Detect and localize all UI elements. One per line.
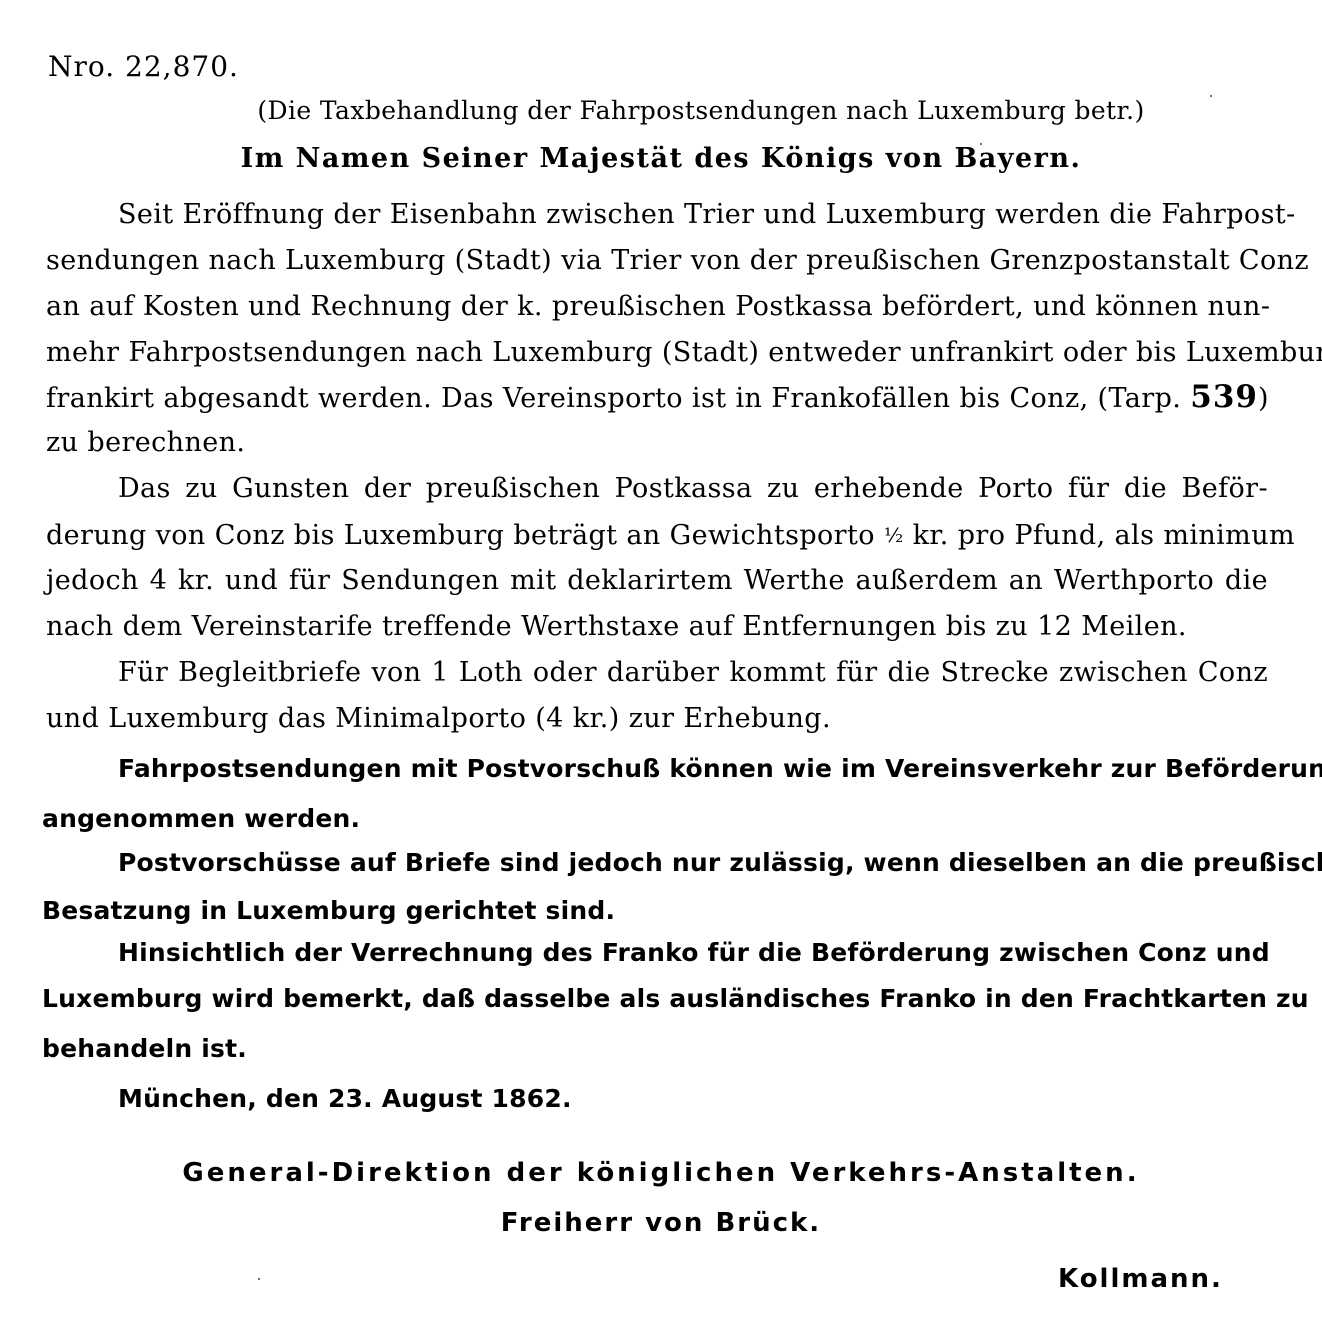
signature-clerk: Kollmann. (1058, 1262, 1223, 1296)
paragraph-2-line-1: Das zu Gunsten der preußischen Postkassa… (118, 472, 1268, 506)
paragraph-6-line-3: behandeln ist. (42, 1032, 247, 1066)
paragraph-2-line-2: derung von Conz bis Luxemburg beträgt an… (46, 518, 1268, 553)
document-subject: (Die Taxbehandlung der Fahrpostsendungen… (0, 94, 1322, 128)
signature-authority: General-Direktion der königlichen Verkeh… (0, 1156, 1322, 1190)
paragraph-5-line-1: Postvorschüsse auf Briefe sind jedoch nu… (118, 846, 1268, 880)
paragraph-2-line-2-rest: kr. pro Pfund, als minimum (913, 520, 1295, 551)
signature-director: Freiherr von Brück. (0, 1206, 1322, 1240)
paragraph-1-line-1: Seit Eröffnung der Eisenbahn zwischen Tr… (118, 198, 1268, 232)
document-heading: Im Namen Seiner Majestät des Königs von … (0, 142, 1322, 176)
paragraph-1-line-6: zu berechnen. (46, 426, 245, 460)
paragraph-1-line-4: mehr Fahrpostsendungen nach Luxemburg (S… (46, 336, 1268, 370)
paragraph-1-line-2: sendungen nach Luxemburg (Stadt) via Tri… (46, 244, 1268, 278)
paragraph-1-line-3: an auf Kosten und Rechnung der k. preußi… (46, 290, 1268, 324)
paragraph-5-line-2: Besatzung in Luxemburg gerichtet sind. (42, 894, 615, 928)
paragraph-4-line-1: Fahrpostsendungen mit Postvorschuß könne… (118, 752, 1268, 786)
heading-text: Im Namen Seiner Majestät des Königs von … (241, 143, 1082, 174)
document-page: Nro. 22,870. (Die Taxbehandlung der Fahr… (0, 0, 1322, 1332)
paragraph-2-line-2-text: derung von Conz bis Luxemburg beträgt an… (46, 520, 875, 551)
scan-speck (1210, 95, 1212, 97)
subject-text: (Die Taxbehandlung der Fahrpostsendungen… (257, 96, 1144, 125)
paragraph-4-line-2: angenommen werden. (42, 802, 360, 836)
tariff-close: ) (1258, 383, 1269, 414)
tariff-number: 539 (1190, 379, 1258, 415)
paragraph-3-line-1: Für Begleitbriefe von 1 Loth oder darübe… (118, 656, 1268, 690)
scan-speck (258, 1278, 260, 1280)
paragraph-6-line-1: Hinsichtlich der Verrechnung des Franko … (118, 936, 1268, 970)
paragraph-2-line-4: nach dem Vereinstarife treffende Werthst… (46, 610, 1187, 644)
paragraph-6-line-2: Luxemburg wird bemerkt, daß dasselbe als… (42, 982, 1268, 1016)
document-number: Nro. 22,870. (48, 50, 239, 84)
paragraph-1-line-5-text: frankirt abgesandt werden. Das Vereinspo… (46, 383, 1181, 414)
scan-speck (980, 143, 982, 145)
fraction-half: ½ (884, 523, 904, 547)
date-line: München, den 23. August 1862. (118, 1082, 572, 1116)
paragraph-1-line-5: frankirt abgesandt werden. Das Vereinspo… (46, 380, 1268, 416)
paragraph-2-line-3: jedoch 4 kr. und für Sendungen mit dekla… (46, 564, 1268, 598)
paragraph-3-line-2: und Luxemburg das Minimalporto (4 kr.) z… (46, 702, 831, 736)
